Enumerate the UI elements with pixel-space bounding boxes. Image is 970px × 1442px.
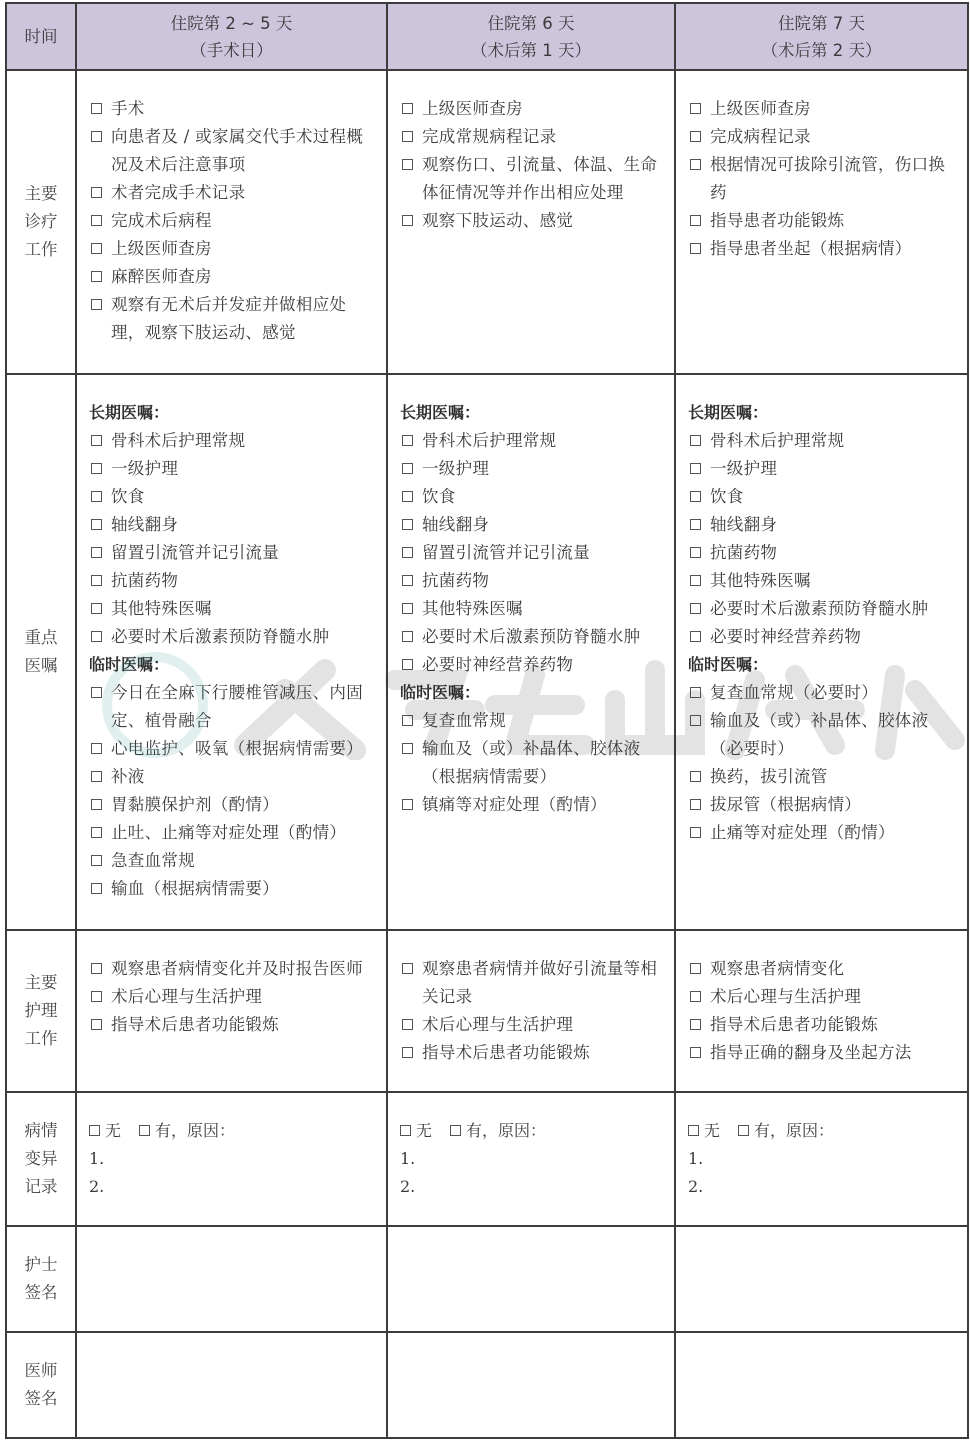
- checklist-item[interactable]: 观察患者病情并做好引流量等相关记录: [400, 955, 664, 1011]
- checklist-item[interactable]: 抗菌药物: [89, 567, 376, 595]
- item-text: 止痛等对症处理（酌情）: [710, 823, 895, 842]
- item-text: 镇痛等对症处理（酌情）: [422, 795, 607, 814]
- checkbox-icon[interactable]: [91, 631, 102, 642]
- checkbox-icon[interactable]: [91, 491, 102, 502]
- item-text: 麻醉医师查房: [111, 267, 212, 286]
- label-line: 医师: [7, 1357, 75, 1385]
- checklist-item[interactable]: 指导术后患者功能锻炼: [400, 1039, 664, 1067]
- checklist-item[interactable]: 输血及（或）补晶体、胶体液（根据病情需要）: [400, 735, 664, 791]
- item-text: 其他特殊医嘱: [710, 571, 811, 590]
- header-title: 住院第 2 ~ 5 天: [77, 10, 386, 37]
- label-line: 签名: [7, 1385, 75, 1413]
- checkbox-icon[interactable]: [402, 799, 413, 810]
- label-line: 护士: [7, 1251, 75, 1279]
- variance-options: 无有，原因：: [400, 1117, 664, 1145]
- label-line: 工作: [7, 1025, 75, 1053]
- item-text: 一级护理: [111, 459, 178, 478]
- checkbox-icon[interactable]: [690, 435, 701, 446]
- row-label-nurse-sign: 护士 签名: [6, 1226, 76, 1332]
- checkbox-icon[interactable]: [402, 575, 413, 586]
- item-text: 完成病程记录: [710, 127, 811, 146]
- checklist-item[interactable]: 今日在全麻下行腰椎管减压、内固定、植骨融合: [89, 679, 376, 735]
- nursing-col-3: 观察患者病情变化 术后心理与生活护理 指导术后患者功能锻炼 指导正确的翻身及坐起…: [675, 930, 968, 1092]
- label-line: 主要: [7, 180, 75, 208]
- checkbox-icon[interactable]: [690, 575, 701, 586]
- checkbox-icon[interactable]: [91, 103, 102, 114]
- checkbox-icon[interactable]: [690, 603, 701, 614]
- variance-yes-option[interactable]: 有，原因：: [139, 1117, 235, 1145]
- header-day-7: 住院第 7 天 （术后第 2 天）: [675, 3, 968, 70]
- checkbox-icon[interactable]: [91, 243, 102, 254]
- checklist-item[interactable]: 抗菌药物: [400, 567, 664, 595]
- label-line: 重点: [7, 624, 75, 652]
- checkbox-icon[interactable]: [690, 103, 701, 114]
- nurse-signature-field-1[interactable]: [76, 1226, 387, 1332]
- header-day-2-5: 住院第 2 ~ 5 天 （手术日）: [76, 3, 387, 70]
- checkbox-icon[interactable]: [402, 547, 413, 558]
- checklist-item[interactable]: 心电监护、吸氧（根据病情需要）: [89, 735, 376, 763]
- checkbox-icon[interactable]: [690, 131, 701, 142]
- checklist-item[interactable]: 完成术后病程: [89, 207, 376, 235]
- diagnosis-col-3: 上级医师查房 完成病程记录 根据情况可拔除引流管，伤口换药 指导患者功能锻炼 指…: [675, 70, 968, 374]
- checkbox-icon[interactable]: [89, 1125, 100, 1136]
- checklist-item[interactable]: 复查血常规（必要时）: [688, 679, 957, 707]
- temporary-orders-title: 临时医嘱：: [688, 651, 957, 679]
- checkbox-icon[interactable]: [402, 159, 413, 170]
- item-text: 指导术后患者功能锻炼: [710, 1015, 878, 1034]
- item-text: 留置引流管并记引流量: [422, 543, 590, 562]
- checkbox-icon[interactable]: [91, 215, 102, 226]
- header-subtitle: （术后第 1 天）: [388, 37, 674, 64]
- item-text: 心电监护、吸氧（根据病情需要）: [111, 739, 363, 758]
- item-text: 指导术后患者功能锻炼: [422, 1043, 590, 1062]
- checkbox-icon[interactable]: [690, 1047, 701, 1058]
- option-text: 无: [704, 1121, 720, 1140]
- checklist-item[interactable]: 轴线翻身: [688, 511, 957, 539]
- item-text: 根据情况可拔除引流管，伤口换药: [710, 155, 945, 202]
- checklist-item[interactable]: 术后心理与生活护理: [400, 1011, 664, 1039]
- checkbox-icon[interactable]: [402, 1019, 413, 1030]
- checklist-item[interactable]: 换药，拔引流管: [688, 763, 957, 791]
- row-label-nursing: 主要 护理 工作: [6, 930, 76, 1092]
- diagnosis-col-1: 手术 向患者及 / 或家属交代手术过程概况及术后注意事项 术者完成手术记录 完成…: [76, 70, 387, 374]
- item-text: 术者完成手术记录: [111, 183, 245, 202]
- item-text: 输血及（或）补晶体、胶体液（必要时）: [710, 711, 928, 758]
- row-label-diagnosis: 主要 诊疗 工作: [6, 70, 76, 374]
- variance-col-1: 无有，原因： 1. 2.: [76, 1092, 387, 1226]
- item-text: 胃黏膜保护剂（酌情）: [111, 795, 279, 814]
- label-line: 签名: [7, 1279, 75, 1307]
- item-text: 拔尿管（根据病情）: [710, 795, 861, 814]
- item-text: 术后心理与生活护理: [710, 987, 861, 1006]
- temporary-orders-title: 临时医嘱：: [400, 679, 664, 707]
- variance-col-3: 无有，原因： 1. 2.: [675, 1092, 968, 1226]
- item-text: 急查血常规: [111, 851, 195, 870]
- variance-none-option[interactable]: 无: [688, 1117, 720, 1145]
- variance-col-2: 无有，原因： 1. 2.: [387, 1092, 675, 1226]
- row-variance-record: 病情 变异 记录 无有，原因： 1. 2. 无有，原因： 1. 2.: [6, 1092, 968, 1226]
- row-nursing-work: 主要 护理 工作 观察患者病情变化并及时报告医师 术后心理与生活护理 指导术后患…: [6, 930, 968, 1092]
- header-title: 住院第 6 天: [388, 10, 674, 37]
- header-time: 时间: [6, 3, 76, 70]
- long-term-orders-title: 长期医嘱：: [400, 399, 664, 427]
- row-key-orders: 重点 医嘱 长期医嘱： 骨科术后护理常规 一级护理 饮食 轴线翻身 留置引流管并…: [6, 374, 968, 930]
- checklist-item[interactable]: 留置引流管并记引流量: [89, 539, 376, 567]
- checkbox-icon[interactable]: [402, 659, 413, 670]
- item-text: 补液: [111, 767, 145, 786]
- header-day-6: 住院第 6 天 （术后第 1 天）: [387, 3, 675, 70]
- header-title: 住院第 7 天: [676, 10, 967, 37]
- checklist-item[interactable]: 根据情况可拔除引流管，伤口换药: [688, 151, 957, 207]
- checklist-item[interactable]: 镇痛等对症处理（酌情）: [400, 791, 664, 819]
- clinical-pathway-table: 时间 住院第 2 ~ 5 天 （手术日） 住院第 6 天 （术后第 1 天） 住…: [5, 2, 969, 1439]
- checkbox-icon[interactable]: [690, 963, 701, 974]
- item-text: 骨科术后护理常规: [111, 431, 245, 450]
- checkbox-icon[interactable]: [402, 435, 413, 446]
- variance-options: 无有，原因：: [89, 1117, 376, 1145]
- checklist-item[interactable]: 上级医师查房: [400, 95, 664, 123]
- item-text: 换药，拔引流管: [710, 767, 828, 786]
- reason-line-1[interactable]: 1.: [400, 1145, 664, 1173]
- row-doctor-signature: 医师 签名: [6, 1332, 968, 1438]
- label-line: 病情: [7, 1117, 75, 1145]
- option-text: 有，原因：: [754, 1121, 834, 1140]
- item-text: 一级护理: [422, 459, 489, 478]
- checkbox-icon[interactable]: [91, 991, 102, 1002]
- checkbox-icon[interactable]: [402, 103, 413, 114]
- variance-none-option[interactable]: 无: [400, 1117, 432, 1145]
- checkbox-icon[interactable]: [91, 687, 102, 698]
- variance-none-option[interactable]: 无: [89, 1117, 121, 1145]
- checkbox-icon[interactable]: [690, 827, 701, 838]
- checkbox-icon[interactable]: [91, 963, 102, 974]
- diagnosis-col-2: 上级医师查房 完成常规病程记录 观察伤口、引流量、体温、生命体征情况等并作出相应…: [387, 70, 675, 374]
- item-text: 复查血常规: [422, 711, 506, 730]
- checklist-item[interactable]: 骨科术后护理常规: [89, 427, 376, 455]
- checkbox-icon[interactable]: [690, 687, 701, 698]
- checkbox-icon[interactable]: [91, 799, 102, 810]
- checklist-item[interactable]: 拔尿管（根据病情）: [688, 791, 957, 819]
- checkbox-icon[interactable]: [400, 1125, 411, 1136]
- checklist-item[interactable]: 胃黏膜保护剂（酌情）: [89, 791, 376, 819]
- checklist-item[interactable]: 向患者及 / 或家属交代手术过程概况及术后注意事项: [89, 123, 376, 179]
- item-text: 输血（根据病情需要）: [111, 879, 279, 898]
- checklist-item[interactable]: 一级护理: [89, 455, 376, 483]
- checkbox-icon[interactable]: [91, 771, 102, 782]
- header-subtitle: （术后第 2 天）: [676, 37, 967, 64]
- checkbox-icon[interactable]: [402, 743, 413, 754]
- item-text: 上级医师查房: [422, 99, 523, 118]
- orders-col-3: 长期医嘱： 骨科术后护理常规 一级护理 饮食 轴线翻身 抗菌药物 其他特殊医嘱 …: [675, 374, 968, 930]
- orders-col-1: 长期医嘱： 骨科术后护理常规 一级护理 饮食 轴线翻身 留置引流管并记引流量 抗…: [76, 374, 387, 930]
- checkbox-icon[interactable]: [91, 603, 102, 614]
- checkbox-icon[interactable]: [402, 603, 413, 614]
- checkbox-icon[interactable]: [690, 491, 701, 502]
- checkbox-icon[interactable]: [402, 131, 413, 142]
- item-text: 饮食: [710, 487, 744, 506]
- checkbox-icon[interactable]: [91, 575, 102, 586]
- checkbox-icon[interactable]: [91, 519, 102, 530]
- checklist-item[interactable]: 急查血常规: [89, 847, 376, 875]
- header-subtitle: （手术日）: [77, 37, 386, 64]
- checkbox-icon[interactable]: [450, 1125, 461, 1136]
- item-text: 术后心理与生活护理: [111, 987, 262, 1006]
- reason-line-1[interactable]: 1.: [688, 1145, 957, 1173]
- checklist-item[interactable]: 止吐、止痛等对症处理（酌情）: [89, 819, 376, 847]
- item-text: 轴线翻身: [422, 515, 489, 534]
- variance-yes-option[interactable]: 有，原因：: [450, 1117, 546, 1145]
- checkbox-icon[interactable]: [91, 299, 102, 310]
- checklist-item[interactable]: 指导术后患者功能锻炼: [89, 1011, 376, 1039]
- checkbox-icon[interactable]: [91, 1019, 102, 1030]
- label-line: 工作: [7, 236, 75, 264]
- long-term-orders-title: 长期医嘱：: [89, 399, 376, 427]
- variance-yes-option[interactable]: 有，原因：: [738, 1117, 834, 1145]
- checkbox-icon[interactable]: [690, 547, 701, 558]
- checklist-item[interactable]: 输血及（或）补晶体、胶体液（必要时）: [688, 707, 957, 763]
- item-text: 观察有无术后并发症并做相应处理，观察下肢运动、感觉: [111, 295, 346, 342]
- reason-line-2[interactable]: 2.: [89, 1173, 376, 1201]
- checklist-item[interactable]: 饮食: [688, 483, 957, 511]
- item-text: 观察患者病情变化并及时报告医师: [111, 959, 363, 978]
- item-text: 饮食: [111, 487, 145, 506]
- item-text: 上级医师查房: [111, 239, 212, 258]
- item-text: 指导患者坐起（根据病情）: [710, 239, 912, 258]
- item-text: 必要时神经营养药物: [710, 627, 861, 646]
- checklist-item[interactable]: 指导术后患者功能锻炼: [688, 1011, 957, 1039]
- item-text: 一级护理: [710, 459, 777, 478]
- checklist-item[interactable]: 观察下肢运动、感觉: [400, 207, 664, 235]
- checklist-item[interactable]: 必要时术后激素预防脊髓水肿: [89, 623, 376, 651]
- checkbox-icon[interactable]: [690, 991, 701, 1002]
- checkbox-icon[interactable]: [738, 1125, 749, 1136]
- checklist-item[interactable]: 其他特殊医嘱: [89, 595, 376, 623]
- option-text: 无: [105, 1121, 121, 1140]
- checklist-item[interactable]: 术后心理与生活护理: [89, 983, 376, 1011]
- checklist-item[interactable]: 上级医师查房: [89, 235, 376, 263]
- checkbox-icon[interactable]: [688, 1125, 699, 1136]
- checklist-item[interactable]: 其他特殊医嘱: [400, 595, 664, 623]
- reason-line-1[interactable]: 1.: [89, 1145, 376, 1173]
- checkbox-icon[interactable]: [690, 771, 701, 782]
- checklist-item[interactable]: 观察患者病情变化: [688, 955, 957, 983]
- item-text: 轴线翻身: [111, 515, 178, 534]
- checkbox-icon[interactable]: [91, 435, 102, 446]
- item-text: 完成常规病程记录: [422, 127, 556, 146]
- checklist-item[interactable]: 留置引流管并记引流量: [400, 539, 664, 567]
- checklist-item[interactable]: 指导患者功能锻炼: [688, 207, 957, 235]
- checklist-item[interactable]: 一级护理: [400, 455, 664, 483]
- item-text: 必要时术后激素预防脊髓水肿: [710, 599, 928, 618]
- checkbox-icon[interactable]: [690, 463, 701, 474]
- header-row: 时间 住院第 2 ~ 5 天 （手术日） 住院第 6 天 （术后第 1 天） 住…: [6, 3, 968, 70]
- item-text: 必要时神经营养药物: [422, 655, 573, 674]
- label-line: 记录: [7, 1173, 75, 1201]
- item-text: 其他特殊医嘱: [111, 599, 212, 618]
- long-term-orders-title: 长期医嘱：: [688, 399, 957, 427]
- nursing-col-2: 观察患者病情并做好引流量等相关记录 术后心理与生活护理 指导术后患者功能锻炼: [387, 930, 675, 1092]
- item-text: 其他特殊医嘱: [422, 599, 523, 618]
- checkbox-icon[interactable]: [690, 1019, 701, 1030]
- item-text: 手术: [111, 99, 145, 118]
- checkbox-icon[interactable]: [690, 631, 701, 642]
- checklist-item[interactable]: 必要时术后激素预防脊髓水肿: [688, 595, 957, 623]
- checklist-item[interactable]: 观察有无术后并发症并做相应处理，观察下肢运动、感觉: [89, 291, 376, 347]
- variance-options: 无有，原因：: [688, 1117, 957, 1145]
- doctor-signature-field-1[interactable]: [76, 1332, 387, 1438]
- label-line: 变异: [7, 1145, 75, 1173]
- orders-col-2: 长期医嘱： 骨科术后护理常规 一级护理 饮食 轴线翻身 留置引流管并记引流量 抗…: [387, 374, 675, 930]
- checklist-item[interactable]: 抗菌药物: [688, 539, 957, 567]
- checklist-item[interactable]: 指导患者坐起（根据病情）: [688, 235, 957, 263]
- checkbox-icon[interactable]: [402, 491, 413, 502]
- item-text: 今日在全麻下行腰椎管减压、内固定、植骨融合: [111, 683, 363, 730]
- option-text: 有，原因：: [466, 1121, 546, 1140]
- clinical-pathway-page: 时间 住院第 2 ~ 5 天 （手术日） 住院第 6 天 （术后第 1 天） 住…: [5, 2, 967, 1439]
- item-text: 抗菌药物: [422, 571, 489, 590]
- checkbox-icon[interactable]: [402, 963, 413, 974]
- checklist-item[interactable]: 上级医师查房: [688, 95, 957, 123]
- item-text: 完成术后病程: [111, 211, 212, 230]
- item-text: 观察伤口、引流量、体温、生命体征情况等并作出相应处理: [422, 155, 657, 202]
- checklist-item[interactable]: 术后心理与生活护理: [688, 983, 957, 1011]
- doctor-signature-field-3[interactable]: [675, 1332, 968, 1438]
- item-text: 骨科术后护理常规: [710, 431, 844, 450]
- checklist-item[interactable]: 其他特殊医嘱: [688, 567, 957, 595]
- checklist-item[interactable]: 轴线翻身: [89, 511, 376, 539]
- temporary-orders-title: 临时医嘱：: [89, 651, 376, 679]
- nursing-col-1: 观察患者病情变化并及时报告医师 术后心理与生活护理 指导术后患者功能锻炼: [76, 930, 387, 1092]
- checkbox-icon[interactable]: [402, 715, 413, 726]
- checkbox-icon[interactable]: [690, 799, 701, 810]
- checklist-item[interactable]: 轴线翻身: [400, 511, 664, 539]
- item-text: 观察患者病情变化: [710, 959, 844, 978]
- label-line: 护理: [7, 997, 75, 1025]
- item-text: 留置引流管并记引流量: [111, 543, 279, 562]
- item-text: 骨科术后护理常规: [422, 431, 556, 450]
- checklist-item[interactable]: 复查血常规: [400, 707, 664, 735]
- checklist-item[interactable]: 指导正确的翻身及坐起方法: [688, 1039, 957, 1067]
- item-text: 止吐、止痛等对症处理（酌情）: [111, 823, 346, 842]
- checklist-item[interactable]: 必要时神经营养药物: [688, 623, 957, 651]
- item-text: 抗菌药物: [111, 571, 178, 590]
- option-text: 无: [416, 1121, 432, 1140]
- checkbox-icon[interactable]: [402, 215, 413, 226]
- checklist-item[interactable]: 一级护理: [688, 455, 957, 483]
- checkbox-icon[interactable]: [91, 131, 102, 142]
- checkbox-icon[interactable]: [91, 187, 102, 198]
- item-text: 必要时术后激素预防脊髓水肿: [111, 627, 329, 646]
- item-text: 指导正确的翻身及坐起方法: [710, 1043, 912, 1062]
- checkbox-icon[interactable]: [402, 1047, 413, 1058]
- item-text: 输血及（或）补晶体、胶体液（根据病情需要）: [422, 739, 640, 786]
- checkbox-icon[interactable]: [690, 519, 701, 530]
- checklist-item[interactable]: 术者完成手术记录: [89, 179, 376, 207]
- checklist-item[interactable]: 饮食: [89, 483, 376, 511]
- checkbox-icon[interactable]: [690, 243, 701, 254]
- item-text: 指导患者功能锻炼: [710, 211, 844, 230]
- reason-line-2[interactable]: 2.: [400, 1173, 664, 1201]
- item-text: 饮食: [422, 487, 456, 506]
- doctor-signature-field-2[interactable]: [387, 1332, 675, 1438]
- checkbox-icon[interactable]: [690, 715, 701, 726]
- row-diagnosis-work: 主要 诊疗 工作 手术 向患者及 / 或家属交代手术过程概况及术后注意事项 术者…: [6, 70, 968, 374]
- item-text: 轴线翻身: [710, 515, 777, 534]
- checklist-item[interactable]: 必要时术后激素预防脊髓水肿: [400, 623, 664, 651]
- checkbox-icon[interactable]: [91, 855, 102, 866]
- item-text: 术后心理与生活护理: [422, 1015, 573, 1034]
- checkbox-icon[interactable]: [402, 519, 413, 530]
- checklist-item[interactable]: 补液: [89, 763, 376, 791]
- checkbox-icon[interactable]: [91, 827, 102, 838]
- checkbox-icon[interactable]: [91, 271, 102, 282]
- reason-line-2[interactable]: 2.: [688, 1173, 957, 1201]
- label-line: 主要: [7, 969, 75, 997]
- item-text: 向患者及 / 或家属交代手术过程概况及术后注意事项: [111, 127, 363, 174]
- checkbox-icon[interactable]: [91, 547, 102, 558]
- item-text: 观察下肢运动、感觉: [422, 211, 573, 230]
- checklist-item[interactable]: 完成病程记录: [688, 123, 957, 151]
- checkbox-icon[interactable]: [690, 215, 701, 226]
- checkbox-icon[interactable]: [690, 159, 701, 170]
- checklist-item[interactable]: 观察患者病情变化并及时报告医师: [89, 955, 376, 983]
- nurse-signature-field-2[interactable]: [387, 1226, 675, 1332]
- item-text: 必要时术后激素预防脊髓水肿: [422, 627, 640, 646]
- checklist-item[interactable]: 完成常规病程记录: [400, 123, 664, 151]
- checkbox-icon[interactable]: [139, 1125, 150, 1136]
- label-line: 诊疗: [7, 208, 75, 236]
- label-line: 医嘱: [7, 652, 75, 680]
- item-text: 上级医师查房: [710, 99, 811, 118]
- row-label-variance: 病情 变异 记录: [6, 1092, 76, 1226]
- checklist-item[interactable]: 必要时神经营养药物: [400, 651, 664, 679]
- nurse-signature-field-3[interactable]: [675, 1226, 968, 1332]
- row-label-orders: 重点 医嘱: [6, 374, 76, 930]
- checklist-item[interactable]: 止痛等对症处理（酌情）: [688, 819, 957, 847]
- checklist-item[interactable]: 输血（根据病情需要）: [89, 875, 376, 903]
- checkbox-icon[interactable]: [402, 631, 413, 642]
- option-text: 有，原因：: [155, 1121, 235, 1140]
- item-text: 复查血常规（必要时）: [710, 683, 878, 702]
- checkbox-icon[interactable]: [91, 883, 102, 894]
- row-label-doctor-sign: 医师 签名: [6, 1332, 76, 1438]
- checkbox-icon[interactable]: [91, 743, 102, 754]
- checklist-item[interactable]: 骨科术后护理常规: [400, 427, 664, 455]
- time-label: 时间: [25, 27, 58, 46]
- checklist-item[interactable]: 手术: [89, 95, 376, 123]
- item-text: 抗菌药物: [710, 543, 777, 562]
- item-text: 指导术后患者功能锻炼: [111, 1015, 279, 1034]
- row-nurse-signature: 护士 签名: [6, 1226, 968, 1332]
- checklist-item[interactable]: 麻醉医师查房: [89, 263, 376, 291]
- item-text: 观察患者病情并做好引流量等相关记录: [422, 959, 657, 1006]
- checklist-item[interactable]: 饮食: [400, 483, 664, 511]
- checkbox-icon[interactable]: [91, 463, 102, 474]
- checklist-item[interactable]: 观察伤口、引流量、体温、生命体征情况等并作出相应处理: [400, 151, 664, 207]
- checkbox-icon[interactable]: [402, 463, 413, 474]
- checklist-item[interactable]: 骨科术后护理常规: [688, 427, 957, 455]
